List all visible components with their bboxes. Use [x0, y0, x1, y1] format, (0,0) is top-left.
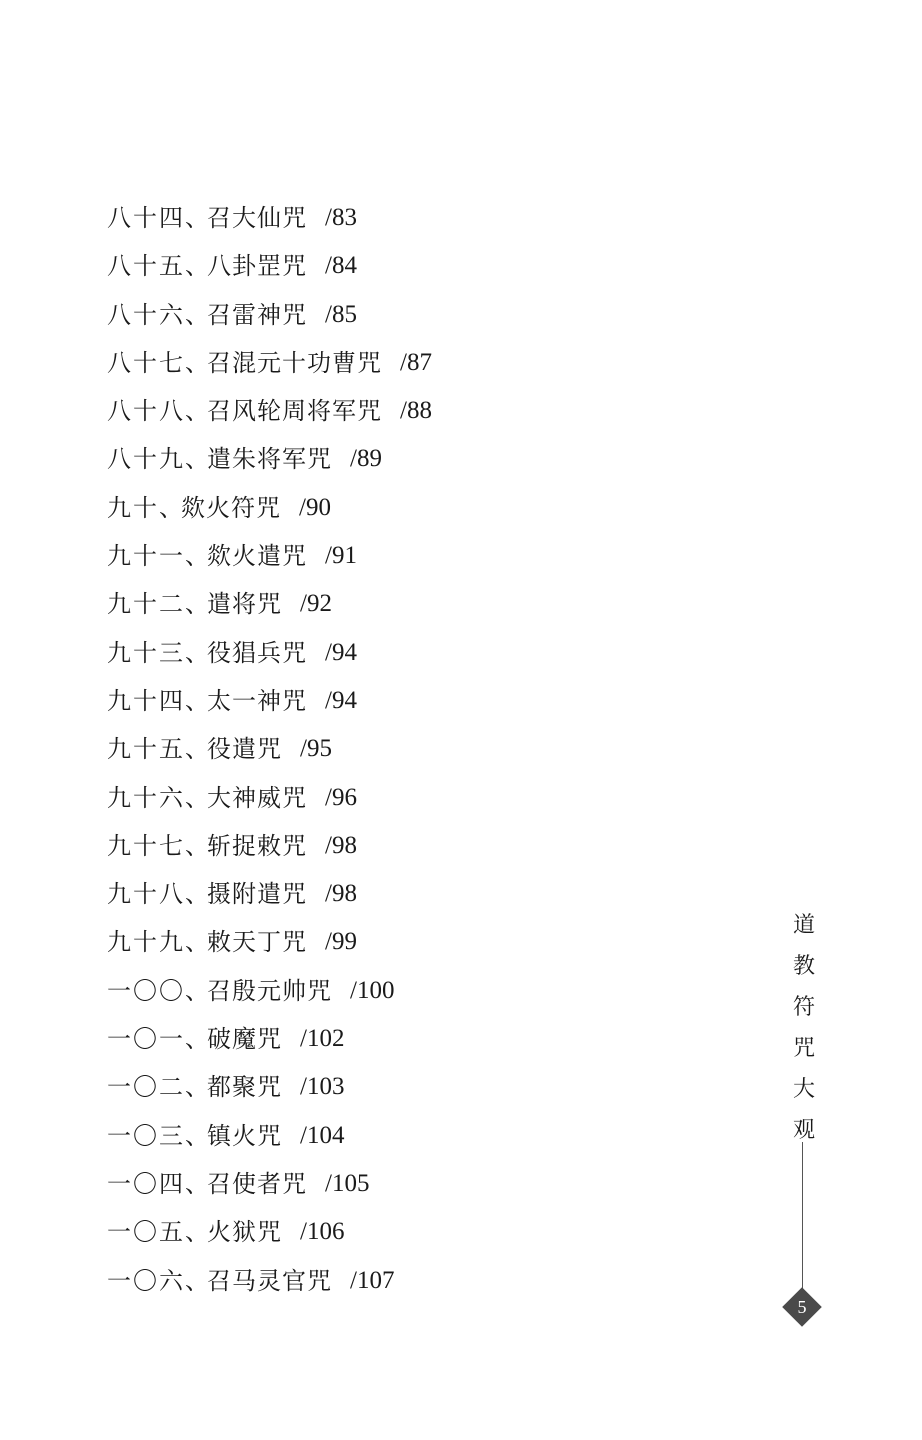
entry-page: /89 [350, 435, 382, 483]
entry-page: /99 [325, 918, 357, 966]
book-title-char: 咒 [793, 1028, 815, 1069]
vertical-rule-divider [802, 1142, 803, 1292]
toc-entry: 九十六、大神威咒/96 [107, 774, 432, 822]
entry-page: /92 [300, 580, 332, 628]
entry-number: 九十二 [107, 580, 185, 628]
entry-title: 太一神咒 [207, 677, 307, 725]
entry-number: 九十六 [107, 774, 185, 822]
separator: 、 [159, 484, 181, 532]
toc-entry: 九十五、役遣咒/95 [107, 725, 432, 773]
entry-page: /83 [325, 194, 357, 242]
entry-page: /107 [350, 1257, 394, 1305]
entry-number: 一〇二 [107, 1063, 185, 1111]
entry-number: 八十九 [107, 435, 185, 483]
separator: 、 [185, 967, 207, 1015]
entry-page: /102 [300, 1015, 344, 1063]
toc-entry: 八十四、召大仙咒/83 [107, 194, 432, 242]
toc-entry: 八十五、八卦罡咒/84 [107, 242, 432, 290]
separator: 、 [185, 1063, 207, 1111]
entry-number: 八十六 [107, 291, 185, 339]
entry-title: 镇火咒 [207, 1112, 282, 1160]
entry-page: /104 [300, 1112, 344, 1160]
entry-title: 召大仙咒 [207, 194, 307, 242]
entry-title: 役猖兵咒 [207, 629, 307, 677]
entry-page: /87 [400, 339, 432, 387]
entry-title: 召使者咒 [207, 1160, 307, 1208]
entry-title: 火狱咒 [207, 1208, 282, 1256]
entry-page: /96 [325, 774, 357, 822]
page-number: 5 [788, 1293, 816, 1321]
entry-title: 遣朱将军咒 [207, 435, 332, 483]
entry-number: 一〇一 [107, 1015, 185, 1063]
toc-entry: 九十四、太一神咒/94 [107, 677, 432, 725]
book-title-vertical: 道 教 符 咒 大 观 [790, 905, 818, 1151]
entry-title: 欻火符咒 [181, 484, 281, 532]
separator: 、 [185, 629, 207, 677]
entry-page: /95 [300, 725, 332, 773]
separator: 、 [185, 822, 207, 870]
separator: 、 [185, 194, 207, 242]
entry-page: /94 [325, 677, 357, 725]
entry-page: /84 [325, 242, 357, 290]
toc-entry: 一〇〇、召殷元帅咒/100 [107, 967, 432, 1015]
toc-entry: 九十三、役猖兵咒/94 [107, 629, 432, 677]
entry-title: 八卦罡咒 [207, 242, 307, 290]
separator: 、 [185, 1208, 207, 1256]
entry-title: 大神威咒 [207, 774, 307, 822]
entry-title: 遣将咒 [207, 580, 282, 628]
entry-number: 九十八 [107, 870, 185, 918]
entry-number: 八十八 [107, 387, 185, 435]
entry-page: /103 [300, 1063, 344, 1111]
entry-number: 八十四 [107, 194, 185, 242]
toc-entry: 九十二、遣将咒/92 [107, 580, 432, 628]
toc-entry: 九十、欻火符咒/90 [107, 484, 432, 532]
toc-entry: 八十六、召雷神咒/85 [107, 291, 432, 339]
toc-entry: 一〇二、都聚咒/103 [107, 1063, 432, 1111]
entry-title: 召马灵官咒 [207, 1257, 332, 1305]
separator: 、 [185, 870, 207, 918]
entry-number: 一〇五 [107, 1208, 185, 1256]
toc-entry: 一〇四、召使者咒/105 [107, 1160, 432, 1208]
book-title-char: 道 [793, 905, 815, 946]
separator: 、 [185, 774, 207, 822]
toc-entry: 一〇五、火狱咒/106 [107, 1208, 432, 1256]
separator: 、 [185, 242, 207, 290]
separator: 、 [185, 918, 207, 966]
separator: 、 [185, 580, 207, 628]
entry-number: 一〇六 [107, 1257, 185, 1305]
separator: 、 [185, 1015, 207, 1063]
entry-number: 八十七 [107, 339, 185, 387]
entry-number: 九十五 [107, 725, 185, 773]
book-title-char: 大 [793, 1069, 815, 1110]
toc-entry: 一〇三、镇火咒/104 [107, 1112, 432, 1160]
entry-page: /98 [325, 822, 357, 870]
toc-entry: 九十七、斩捉敕咒/98 [107, 822, 432, 870]
entry-number: 一〇四 [107, 1160, 185, 1208]
toc-entry: 一〇六、召马灵官咒/107 [107, 1257, 432, 1305]
toc-entry: 九十一、欻火遣咒/91 [107, 532, 432, 580]
entry-title: 召混元十功曹咒 [207, 339, 382, 387]
entry-title: 破魔咒 [207, 1015, 282, 1063]
entry-title: 召殷元帅咒 [207, 967, 332, 1015]
entry-title: 召雷神咒 [207, 291, 307, 339]
separator: 、 [185, 677, 207, 725]
entry-title: 欻火遣咒 [207, 532, 307, 580]
separator: 、 [185, 387, 207, 435]
entry-number: 九十一 [107, 532, 185, 580]
separator: 、 [185, 532, 207, 580]
entry-title: 敕天丁咒 [207, 918, 307, 966]
entry-number: 九十七 [107, 822, 185, 870]
entry-title: 斩捉敕咒 [207, 822, 307, 870]
entry-number: 一〇三 [107, 1112, 185, 1160]
toc-entry: 九十九、敕天丁咒/99 [107, 918, 432, 966]
entry-title: 役遣咒 [207, 725, 282, 773]
book-title-char: 教 [793, 946, 815, 987]
toc-entry: 一〇一、破魔咒/102 [107, 1015, 432, 1063]
entry-number: 九十九 [107, 918, 185, 966]
separator: 、 [185, 725, 207, 773]
separator: 、 [185, 1160, 207, 1208]
book-title-char: 符 [793, 987, 815, 1028]
entry-page: /88 [400, 387, 432, 435]
entry-page: /98 [325, 870, 357, 918]
book-title-char: 观 [793, 1110, 815, 1151]
entry-title: 召风轮周将军咒 [207, 387, 382, 435]
entry-number: 八十五 [107, 242, 185, 290]
separator: 、 [185, 339, 207, 387]
entry-page: /90 [299, 484, 331, 532]
separator: 、 [185, 1257, 207, 1305]
toc-entry: 九十八、摄附遣咒/98 [107, 870, 432, 918]
entry-title: 摄附遣咒 [207, 870, 307, 918]
entry-number: 九十 [107, 484, 159, 532]
separator: 、 [185, 435, 207, 483]
entry-page: /100 [350, 967, 394, 1015]
entry-page: /105 [325, 1160, 369, 1208]
separator: 、 [185, 291, 207, 339]
entry-page: /106 [300, 1208, 344, 1256]
entry-number: 一〇〇 [107, 967, 185, 1015]
toc-entry: 八十七、召混元十功曹咒/87 [107, 339, 432, 387]
entry-number: 九十三 [107, 629, 185, 677]
toc-entry: 八十八、召风轮周将军咒/88 [107, 387, 432, 435]
entry-page: /94 [325, 629, 357, 677]
table-of-contents: 八十四、召大仙咒/83 八十五、八卦罡咒/84 八十六、召雷神咒/85 八十七、… [107, 194, 432, 1305]
separator: 、 [185, 1112, 207, 1160]
entry-number: 九十四 [107, 677, 185, 725]
entry-page: /91 [325, 532, 357, 580]
entry-title: 都聚咒 [207, 1063, 282, 1111]
toc-entry: 八十九、遣朱将军咒/89 [107, 435, 432, 483]
entry-page: /85 [325, 291, 357, 339]
